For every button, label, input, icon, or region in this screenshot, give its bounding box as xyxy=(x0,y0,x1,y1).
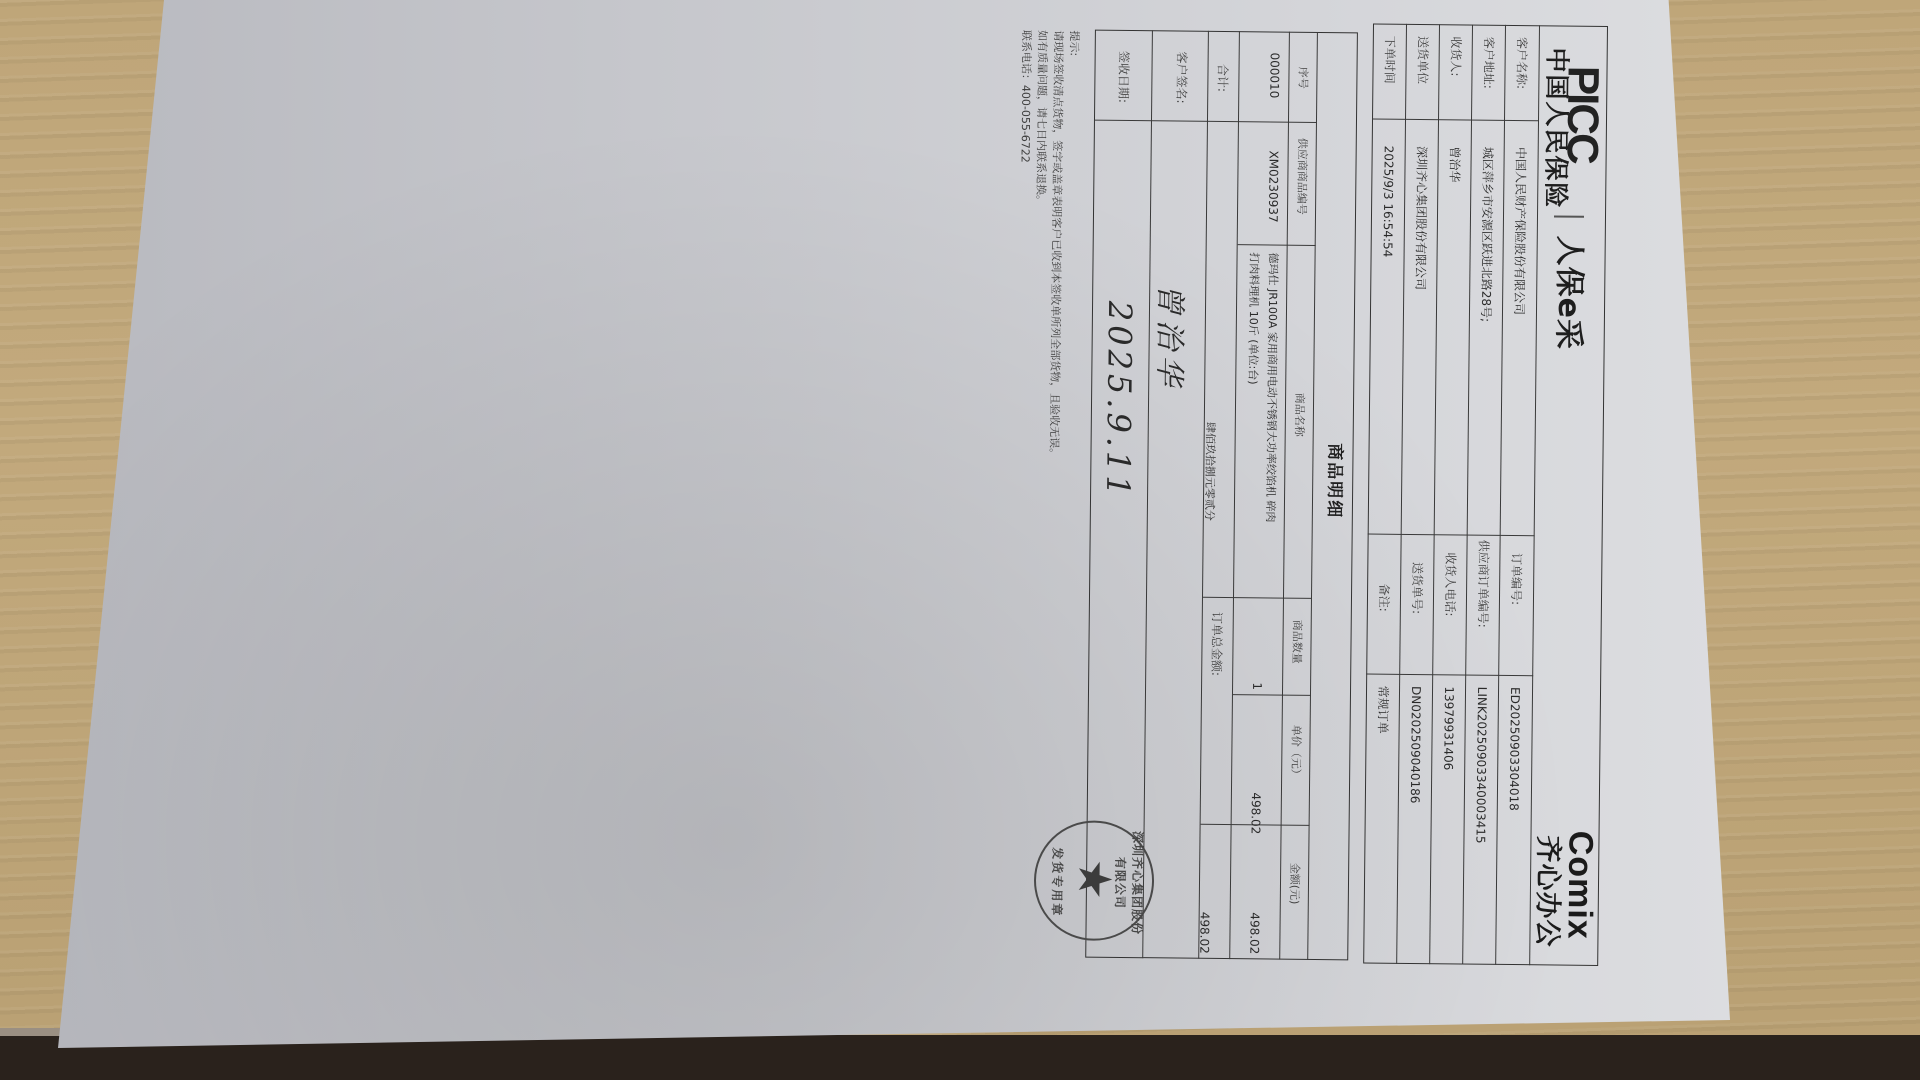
delivery-number-label: 送货单号: xyxy=(1411,562,1424,614)
receiver-phone-label: 收货人电话: xyxy=(1444,552,1457,616)
remarks-value: 常规订单 xyxy=(1377,686,1390,734)
star-icon: ★ xyxy=(1072,858,1118,900)
customer-name-label: 客户名称: xyxy=(1515,37,1528,89)
delivery-number-value: DN020250904018​6 xyxy=(1409,686,1422,804)
tips-line1: 请现场签收清点货物，签字或盖章表明客户已收到本签收单所列全部货物，且验收无误。 xyxy=(1048,30,1063,459)
order-number-label: 订单编号: xyxy=(1510,553,1523,605)
delivery-company-label: 送货单位 xyxy=(1416,36,1429,84)
order-total-value: 498.02 xyxy=(1198,912,1210,954)
logo-separator xyxy=(1554,215,1584,217)
row-sku: XM0230937 xyxy=(1267,150,1280,222)
table-title: 商品明细 xyxy=(1325,443,1343,519)
delivery-company-value: 深圳齐心集团股份有限公司 xyxy=(1414,146,1428,290)
col-unit-price: 单价（元） xyxy=(1290,725,1302,780)
row-name-line2: 打肉料理机 10斤 (单位:台) xyxy=(1247,252,1259,384)
row-unit-price: 498.02 xyxy=(1250,792,1262,834)
seal-purpose-text: 发货专用章 xyxy=(1048,832,1066,932)
customer-address-label: 客户地址: xyxy=(1482,37,1495,89)
receiver-label: 收货人: xyxy=(1449,36,1461,76)
customer-address-value: 城区萍乡市安源区跃进北路28号; xyxy=(1480,147,1494,322)
customer-name-value: 中国人民财产保险股份有限公司 xyxy=(1513,147,1527,315)
order-time-value: 2025/9/3 16:54:54 xyxy=(1382,146,1395,258)
delivery-receipt: PICC 中国人民保险 人保e采 Comix 齐心办公 客户名称: 中国人民财产… xyxy=(998,20,1608,971)
col-qty: 商品数量 xyxy=(1291,620,1302,664)
order-number-value: ED20250903304018 xyxy=(1508,687,1521,811)
order-total-label: 订单总金额: xyxy=(1210,612,1223,676)
sign-date-label: 签收日期: xyxy=(1117,51,1130,103)
receiver-phone-value: 13979931406 xyxy=(1442,686,1455,770)
total-label: 合计: xyxy=(1216,64,1228,92)
row-qty: 1 xyxy=(1251,682,1263,690)
sign-date: 2025.9.11 xyxy=(1099,301,1139,500)
col-index: 序号 xyxy=(1297,67,1308,89)
comix-chinese-name: 齐心办公 xyxy=(1533,835,1561,947)
company-seal: 深圳齐心集团股份有限公司 ★ 发货专用章 xyxy=(1033,820,1154,941)
row-amount: 498.02 xyxy=(1248,912,1260,954)
desk-edge-trim xyxy=(0,1028,60,1036)
row-index: 000010 xyxy=(1268,52,1280,98)
supplier-order-number-label: 供应商订单编号: xyxy=(1477,540,1490,628)
col-sku: 供应商商品编号 xyxy=(1296,138,1308,215)
remarks-label: 备注: xyxy=(1378,584,1390,612)
picc-chinese-name: 中国人民保险 xyxy=(1543,47,1570,209)
comix-logo: Comix xyxy=(1562,831,1597,940)
row-name-line1: 德玛仕 JR100A 家用商用电动不锈钢大功率绞馅机 碎肉 xyxy=(1265,252,1279,522)
supplier-order-number-value: LINK20250903340003415 xyxy=(1474,687,1488,844)
tips-line3: 联系电话：400-055-6722 xyxy=(1020,30,1032,163)
receiver-value: 曾治华 xyxy=(1448,146,1460,182)
tips-title: 提示: xyxy=(1069,30,1080,56)
order-time-label: 下单时间 xyxy=(1383,36,1396,84)
tips-line2: 如有质量问题，请七日内联系退换。 xyxy=(1035,30,1048,206)
col-name: 商品名称 xyxy=(1294,393,1305,437)
platform-name: 人保e采 xyxy=(1553,235,1584,350)
col-amount: 金额(元) xyxy=(1289,863,1300,905)
customer-signature: 曾治华 xyxy=(1150,283,1195,391)
customer-signature-label: 客户签名: xyxy=(1175,51,1188,103)
total-in-words: 肆佰玖拾捌元零贰分 xyxy=(1204,422,1216,521)
